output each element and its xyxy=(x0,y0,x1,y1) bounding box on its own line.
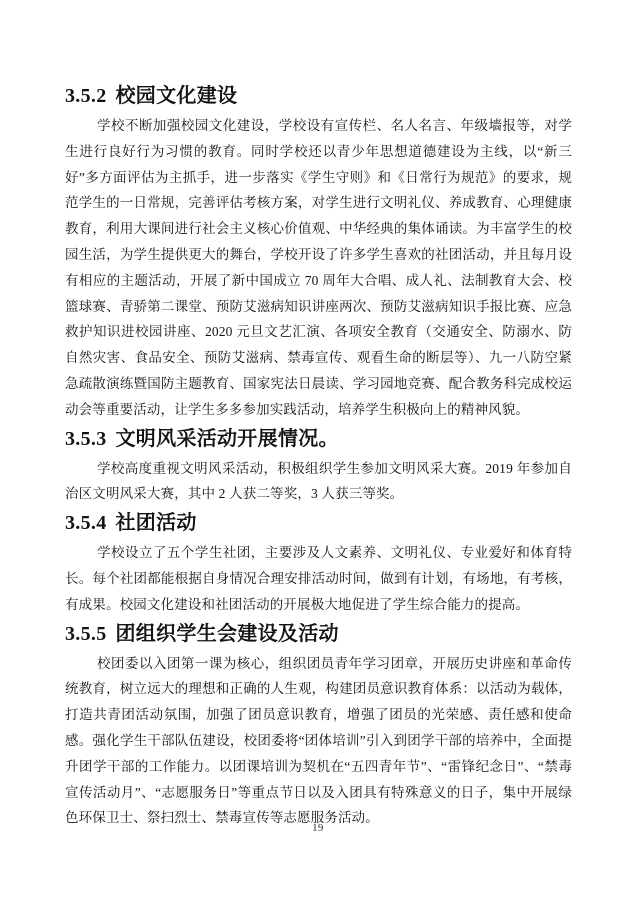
section-heading: 3.5.5团组织学生会建设及活动 xyxy=(65,621,572,647)
section-paragraph: 学校高度重视文明风采活动，积极组织学生参加文明风采大赛。2019 年参加自治区文… xyxy=(65,456,572,508)
page-number: 19 xyxy=(312,823,324,834)
section-number: 3.5.2 xyxy=(65,85,107,107)
section-heading: 3.5.3文明风采活动开展情况。 xyxy=(65,426,572,452)
section-paragraph: 学校设立了五个学生社团，主要涉及人文素养、文明礼仪、专业爱好和体育特长。每个社团… xyxy=(65,540,572,617)
section-number: 3.5.4 xyxy=(65,512,107,534)
section-title: 文明风采活动开展情况。 xyxy=(116,428,339,450)
section-title: 社团活动 xyxy=(116,512,197,534)
section-title: 校园文化建设 xyxy=(116,85,238,107)
section-3-5-3: 3.5.3文明风采活动开展情况。 学校高度重视文明风采活动，积极组织学生参加文明… xyxy=(65,426,572,508)
section-paragraph: 学校不断加强校园文化建设，学校设有宣传栏、名人名言、年级墙报等，对学生进行良好行… xyxy=(65,113,572,423)
section-number: 3.5.5 xyxy=(65,623,107,645)
section-heading: 3.5.4社团活动 xyxy=(65,510,572,536)
section-title: 团组织学生会建设及活动 xyxy=(116,623,339,645)
section-3-5-5: 3.5.5团组织学生会建设及活动 校团委以入团第一课为核心，组织团员青年学习团章… xyxy=(65,621,572,832)
page-footer: 19 xyxy=(0,818,636,836)
section-number: 3.5.3 xyxy=(65,428,107,450)
section-heading: 3.5.2校园文化建设 xyxy=(65,83,572,109)
section-3-5-4: 3.5.4社团活动 学校设立了五个学生社团，主要涉及人文素养、文明礼仪、专业爱好… xyxy=(65,510,572,617)
section-paragraph: 校团委以入团第一课为核心，组织团员青年学习团章，开展历史讲座和革命传统教育，树立… xyxy=(65,651,572,832)
section-3-5-2: 3.5.2校园文化建设 学校不断加强校园文化建设，学校设有宣传栏、名人名言、年级… xyxy=(65,83,572,423)
document-page: 3.5.2校园文化建设 学校不断加强校园文化建设，学校设有宣传栏、名人名言、年级… xyxy=(0,0,636,900)
